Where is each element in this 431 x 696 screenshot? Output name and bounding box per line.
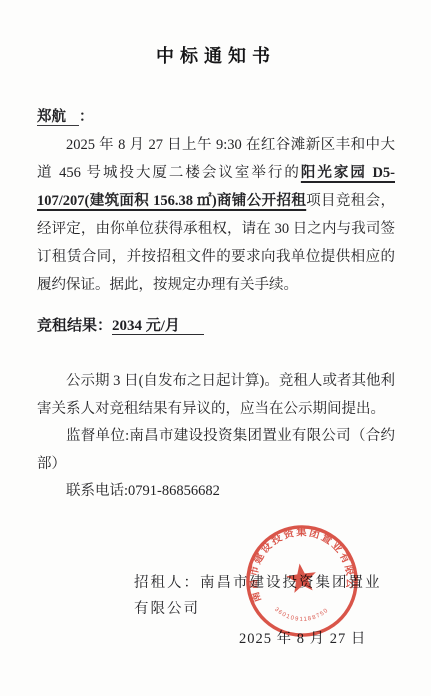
date-line: 2025 年 8 月 27 日 [37,626,395,652]
addressee-colon: ： [79,109,94,125]
contact-phone-line: 联系电话:0791-86856682 [37,478,395,506]
supervisor-line: 监督单位:南昌市建设投资集团置业有限公司（合约部） [37,423,395,478]
bid-result-value: 2034 元/月 [112,318,204,335]
body-paragraph-1: 2025 年 8 月 27 日上午 9:30 在红谷滩新区丰和中大道 456 号… [37,131,395,299]
addressee-name: 郑航 [37,109,79,126]
document-title: 中标通知书 [37,42,395,68]
signature-block: 招租人：南昌市建设投资集团置业有限公司 2025 年 8 月 27 日 [37,570,395,652]
document-content: 中标通知书 郑航： 2025 年 8 月 27 日上午 9:30 在红谷滩新区丰… [0,0,431,652]
lessor-line: 招租人：南昌市建设投资集团置业有限公司 [37,570,395,622]
bid-result-line: 竞租结果：2034 元/月 [37,314,395,335]
document-page: 中标通知书 郑航： 2025 年 8 月 27 日上午 9:30 在红谷滩新区丰… [0,0,431,696]
bid-result-label: 竞租结果： [37,318,112,334]
publicity-period-paragraph: 公示期 3 日(自发布之日起计算)。竞租人或者其他利害关系人对竞租结果有异议的，… [37,368,395,423]
addressee-line: 郑航： [37,105,395,126]
